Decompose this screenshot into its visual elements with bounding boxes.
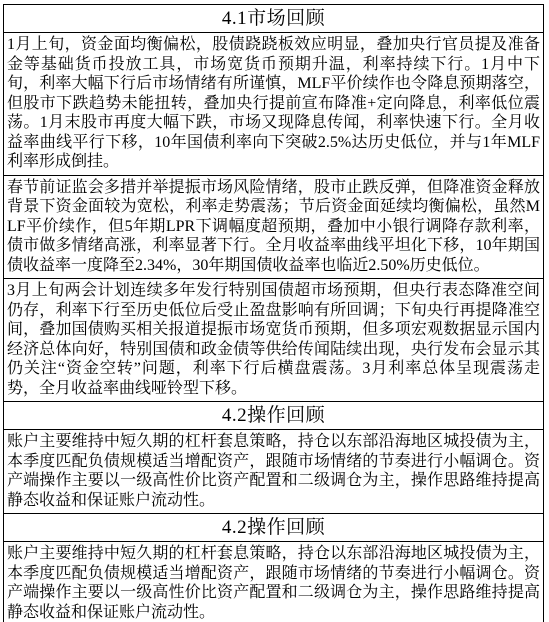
paragraph-operation-review: 账户主要维持中短久期的杠杆套息策略，持仓以东部沿海地区城投债为主，本季度匹配负债… xyxy=(4,430,543,514)
paragraph-january-review: 1月上旬，资金面均衡偏松，股债跷跷板效应明显，叠加央行官员提及准备金等基础货币投… xyxy=(4,33,543,176)
paragraph-february-review: 春节前证监会多措并举提振市场风险情绪，股市止跌反弹，但降准资金释放背景下资金面较… xyxy=(4,176,543,280)
report-table: 4.1市场回顾 1月上旬，资金面均衡偏松，股债跷跷板效应明显，叠加央行官员提及准… xyxy=(3,4,544,622)
paragraph-march-review: 3月上旬两会计划连续多年发行特别国债超市场预期，但央行表态降准空间仍存，利率下行… xyxy=(4,279,543,402)
section-title-operation-review-duplicate: 4.2操作回顾 xyxy=(4,514,543,542)
paragraph-operation-review-duplicate: 账户主要维持中短久期的杠杆套息策略，持仓以东部沿海地区城投债为主，本季度匹配负债… xyxy=(4,542,543,622)
section-title-operation-review: 4.2操作回顾 xyxy=(4,402,543,430)
section-title-market-review: 4.1市场回顾 xyxy=(4,5,543,33)
